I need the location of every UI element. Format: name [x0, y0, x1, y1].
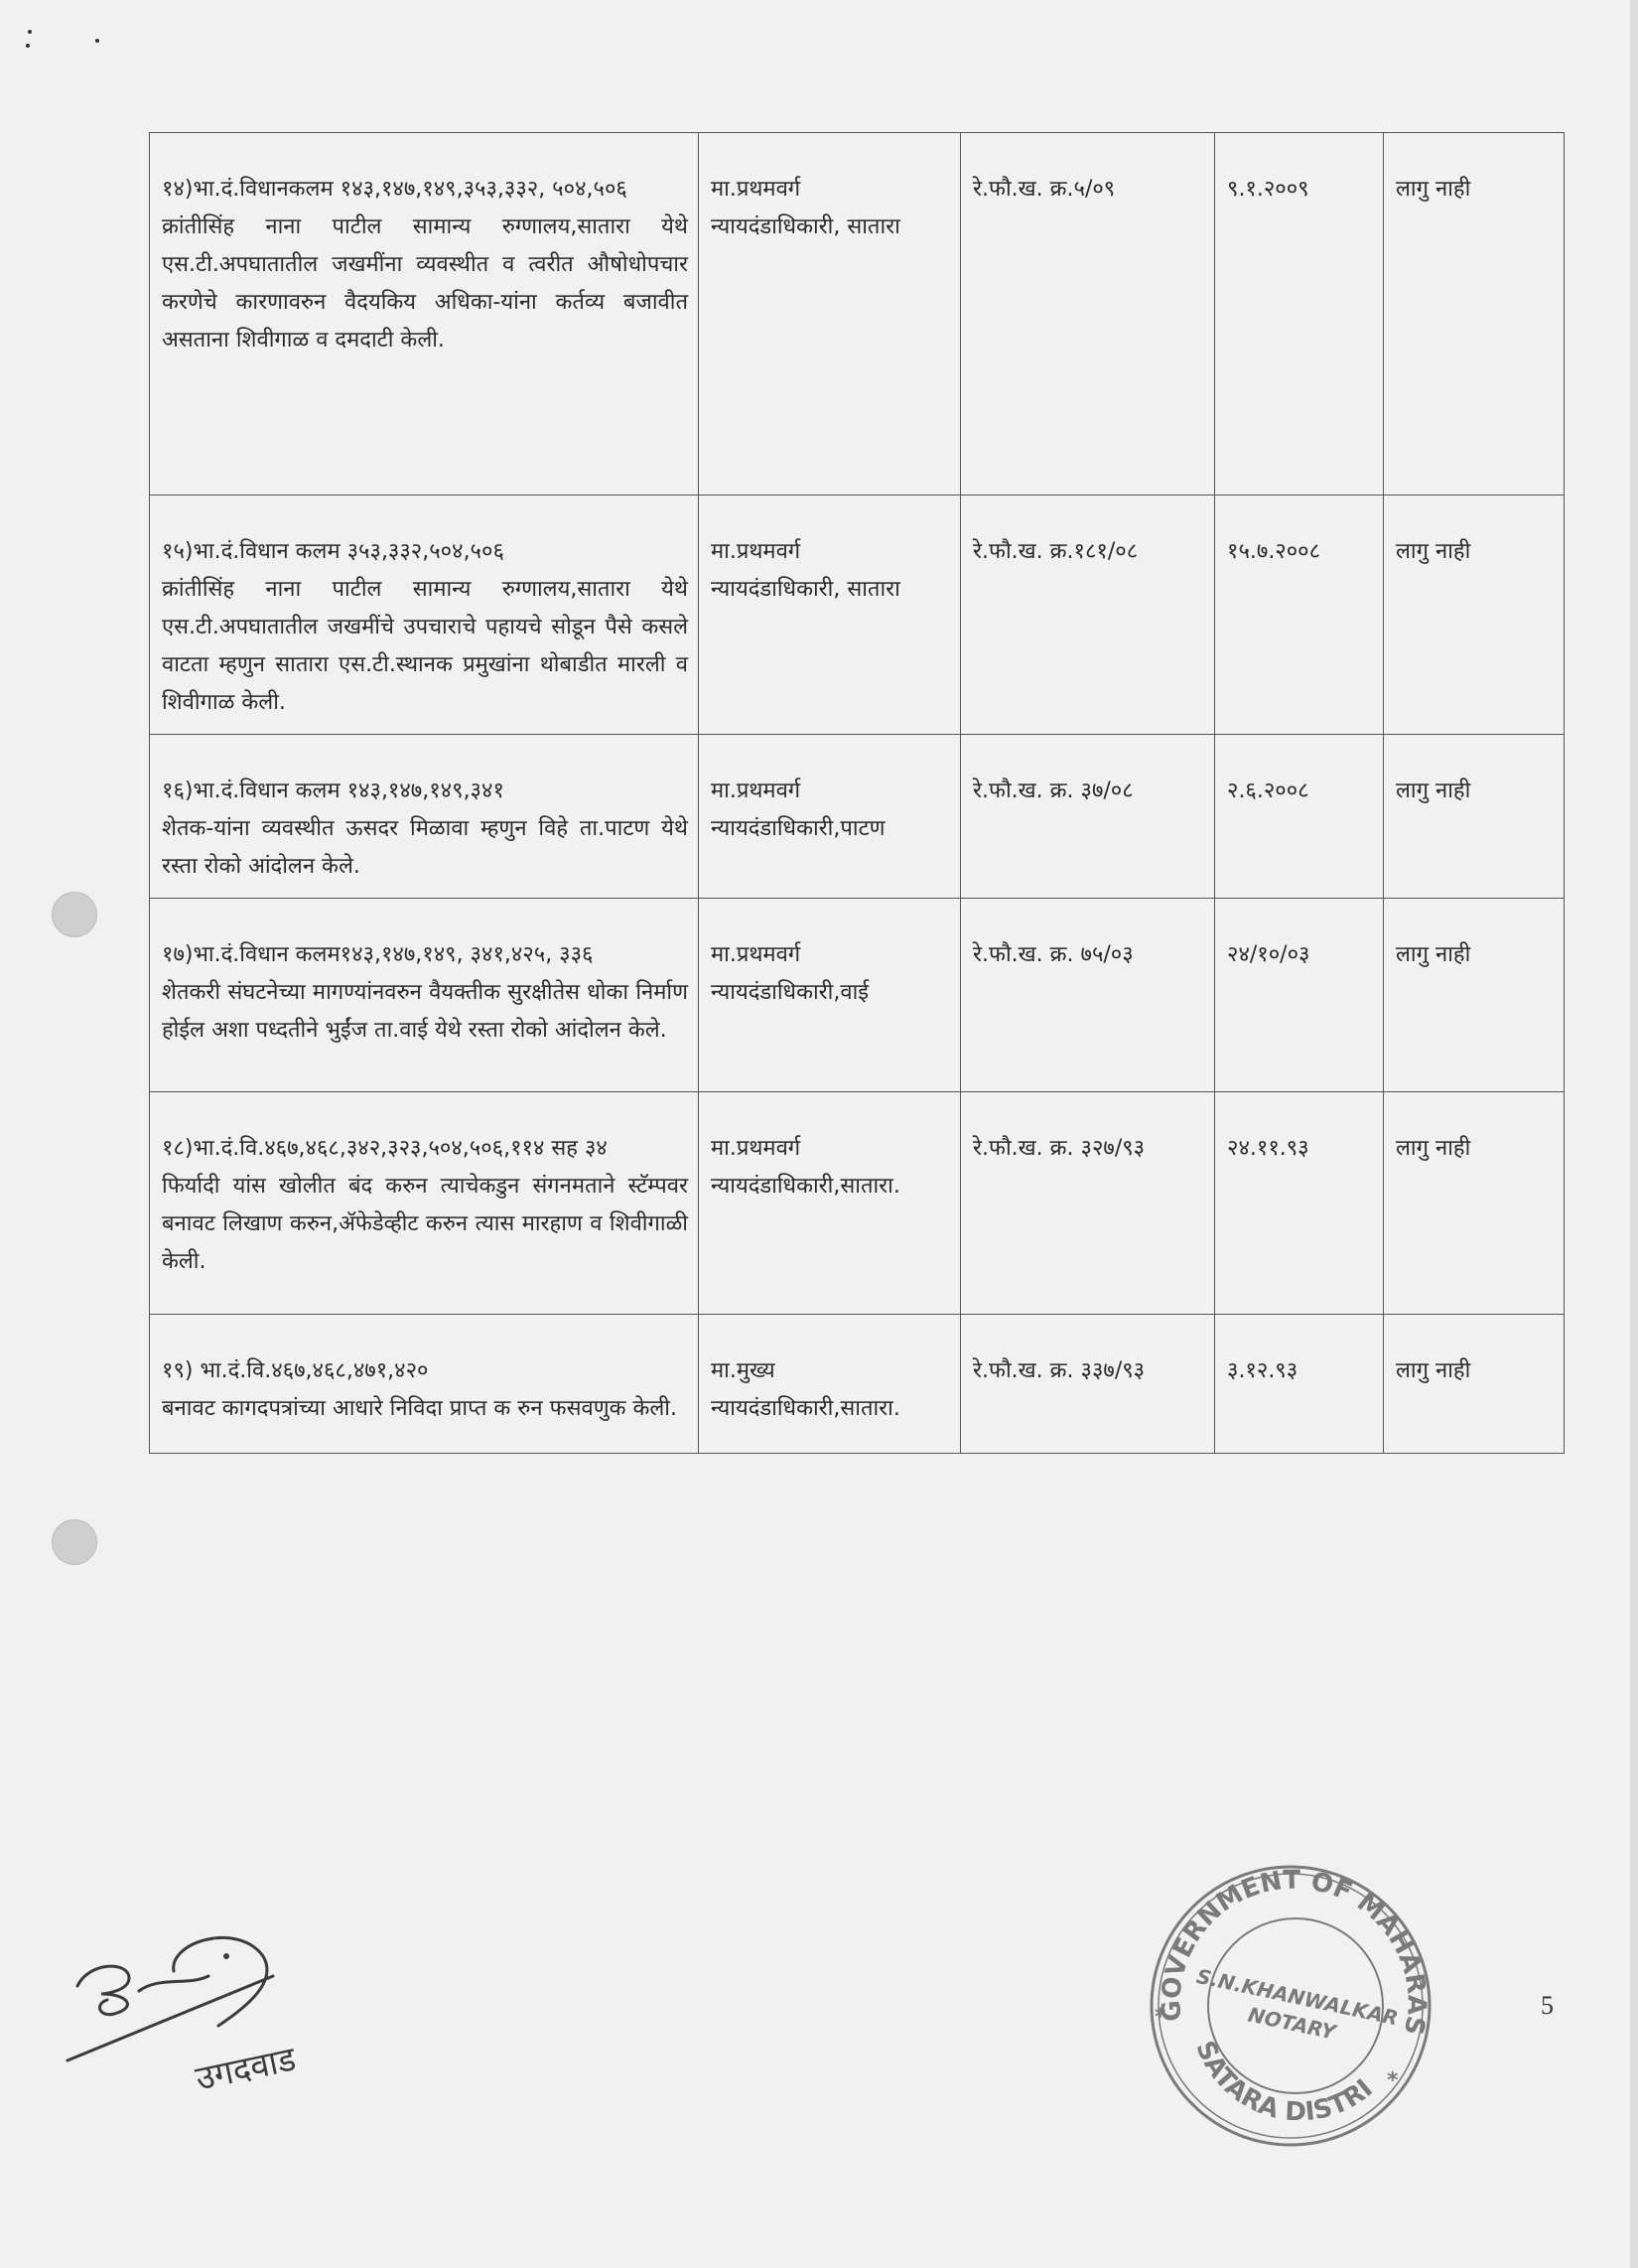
status-cell: लागु नाही — [1384, 1315, 1565, 1454]
page-number: 5 — [1541, 1991, 1554, 2021]
offense-cell: १७)भा.दं.विधान कलम१४३,१४७,१४९, ३४१,४२५, … — [150, 899, 699, 1092]
case-number-cell: रे.फौ.ख. क्र.५/०९ — [961, 133, 1215, 496]
court-name: न्यायदंडाधिकारी, सातारा — [711, 209, 950, 246]
signature: उगदवाड — [60, 1916, 377, 2105]
court-cell: मा.मुख्य न्यायदंडाधिकारी,सातारा. — [699, 1315, 961, 1454]
court-title: मा.प्रथमवर्ग — [711, 936, 950, 974]
offense-description: क्रांतीसिंह नाना पाटील सामान्य रुग्णालय,… — [162, 571, 688, 722]
ipc-sections: १७)भा.दं.विधान कलम१४३,१४७,१४९, ३४१,४२५, … — [162, 936, 688, 974]
table-row: १६)भा.दं.विधान कलम १४३,१४७,१४९,३४१ शेतक-… — [150, 735, 1565, 899]
court-title: मा.प्रथमवर्ग — [711, 1130, 950, 1168]
date-cell: ९.१.२००९ — [1215, 133, 1384, 496]
punch-hole — [52, 892, 97, 937]
date-cell: २४.११.९३ — [1215, 1092, 1384, 1315]
offense-cell: १६)भा.दं.विधान कलम १४३,१४७,१४९,३४१ शेतक-… — [150, 735, 699, 899]
court-cell: मा.प्रथमवर्ग न्यायदंडाधिकारी,सातारा. — [699, 1092, 961, 1315]
notary-stamp: GOVERNMENT OF MAHARASHTRA SATARA DISTRIC… — [1137, 1857, 1444, 2155]
ipc-sections: १५)भा.दं.विधान कलम ३५३,३३२,५०४,५०६ — [162, 533, 688, 571]
court-cell: मा.प्रथमवर्ग न्यायदंडाधिकारी, सातारा — [699, 133, 961, 496]
scan-speck — [28, 30, 32, 34]
court-name: न्यायदंडाधिकारी,सातारा. — [711, 1168, 950, 1205]
scan-speck — [95, 39, 99, 43]
status-cell: लागु नाही — [1384, 496, 1565, 735]
stamp-star-left: * — [1155, 2005, 1166, 2030]
offense-description: क्रांतीसिंह नाना पाटील सामान्य रुग्णालय,… — [162, 209, 688, 359]
court-cell: मा.प्रथमवर्ग न्यायदंडाधिकारी,वाई — [699, 899, 961, 1092]
case-records-table: १४)भा.दं.विधानकलम १४३,१४७,१४९,३५३,३३२, ५… — [149, 132, 1565, 1454]
court-title: मा.मुख्य — [711, 1352, 950, 1390]
case-number-cell: रे.फौ.ख. क्र. ३७/०८ — [961, 735, 1215, 899]
status-cell: लागु नाही — [1384, 899, 1565, 1092]
case-number-cell: रे.फौ.ख. क्र. ३३७/९३ — [961, 1315, 1215, 1454]
offense-cell: १९) भा.दं.वि.४६७,४६८,४७१,४२० बनावट कागदप… — [150, 1315, 699, 1454]
date-cell: २.६.२००८ — [1215, 735, 1384, 899]
case-number-cell: रे.फौ.ख. क्र. ७५/०३ — [961, 899, 1215, 1092]
court-title: मा.प्रथमवर्ग — [711, 773, 950, 810]
date-cell: १५.७.२००८ — [1215, 496, 1384, 735]
table-row: १९) भा.दं.वि.४६७,४६८,४७१,४२० बनावट कागदप… — [150, 1315, 1565, 1454]
court-title: मा.प्रथमवर्ग — [711, 171, 950, 209]
offense-cell: १५)भा.दं.विधान कलम ३५३,३३२,५०४,५०६ क्रां… — [150, 496, 699, 735]
scan-speck — [26, 44, 30, 48]
ipc-sections: १८)भा.दं.वि.४६७,४६८,३४२,३२३,५०४,५०६,११४ … — [162, 1130, 688, 1168]
offense-cell: १४)भा.दं.विधानकलम १४३,१४७,१४९,३५३,३३२, ५… — [150, 133, 699, 496]
offense-description: फिर्यादी यांस खोलीत बंद करुन त्याचेकडुन … — [162, 1168, 688, 1281]
punch-hole — [52, 1519, 97, 1565]
status-cell: लागु नाही — [1384, 133, 1565, 496]
case-number-cell: रे.फौ.ख. क्र. ३२७/९३ — [961, 1092, 1215, 1315]
court-cell: मा.प्रथमवर्ग न्यायदंडाधिकारी, सातारा — [699, 496, 961, 735]
date-cell: ३.१२.९३ — [1215, 1315, 1384, 1454]
court-title: मा.प्रथमवर्ग — [711, 533, 950, 571]
signature-name: उगदवाड — [193, 2039, 301, 2098]
court-name: न्यायदंडाधिकारी,सातारा. — [711, 1390, 950, 1428]
offense-description: शेतकरी संघटनेच्या मागण्यांनवरुन वैयक्तीक… — [162, 974, 688, 1050]
offense-cell: १८)भा.दं.वि.४६७,४६८,३४२,३२३,५०४,५०६,११४ … — [150, 1092, 699, 1315]
table-row: १५)भा.दं.विधान कलम ३५३,३३२,५०४,५०६ क्रां… — [150, 496, 1565, 735]
ipc-sections: १९) भा.दं.वि.४६७,४६८,४७१,४२० — [162, 1352, 688, 1390]
table-row: १८)भा.दं.वि.४६७,४६८,३४२,३२३,५०४,५०६,११४ … — [150, 1092, 1565, 1315]
table-row: १४)भा.दं.विधानकलम १४३,१४७,१४९,३५३,३३२, ५… — [150, 133, 1565, 496]
stamp-star-right: * — [1387, 2068, 1399, 2093]
court-name: न्यायदंडाधिकारी, सातारा — [711, 571, 950, 609]
ipc-sections: १४)भा.दं.विधानकलम १४३,१४७,१४९,३५३,३३२, ५… — [162, 171, 688, 209]
court-name: न्यायदंडाधिकारी,पाटण — [711, 810, 950, 848]
ipc-sections: १६)भा.दं.विधान कलम १४३,१४७,१४९,३४१ — [162, 773, 688, 810]
offense-description: बनावट कागदपत्रांच्या आधारे निविदा प्राप्… — [162, 1390, 688, 1428]
status-cell: लागु नाही — [1384, 735, 1565, 899]
date-cell: २४/१०/०३ — [1215, 899, 1384, 1092]
court-name: न्यायदंडाधिकारी,वाई — [711, 974, 950, 1012]
page-edge-shadow — [1630, 0, 1638, 2268]
table-row: १७)भा.दं.विधान कलम१४३,१४७,१४९, ३४१,४२५, … — [150, 899, 1565, 1092]
offense-description: शेतक-यांना व्यवस्थीत ऊसदर मिळावा म्हणुन … — [162, 810, 688, 886]
court-cell: मा.प्रथमवर्ग न्यायदंडाधिकारी,पाटण — [699, 735, 961, 899]
status-cell: लागु नाही — [1384, 1092, 1565, 1315]
case-number-cell: रे.फौ.ख. क्र.१८१/०८ — [961, 496, 1215, 735]
